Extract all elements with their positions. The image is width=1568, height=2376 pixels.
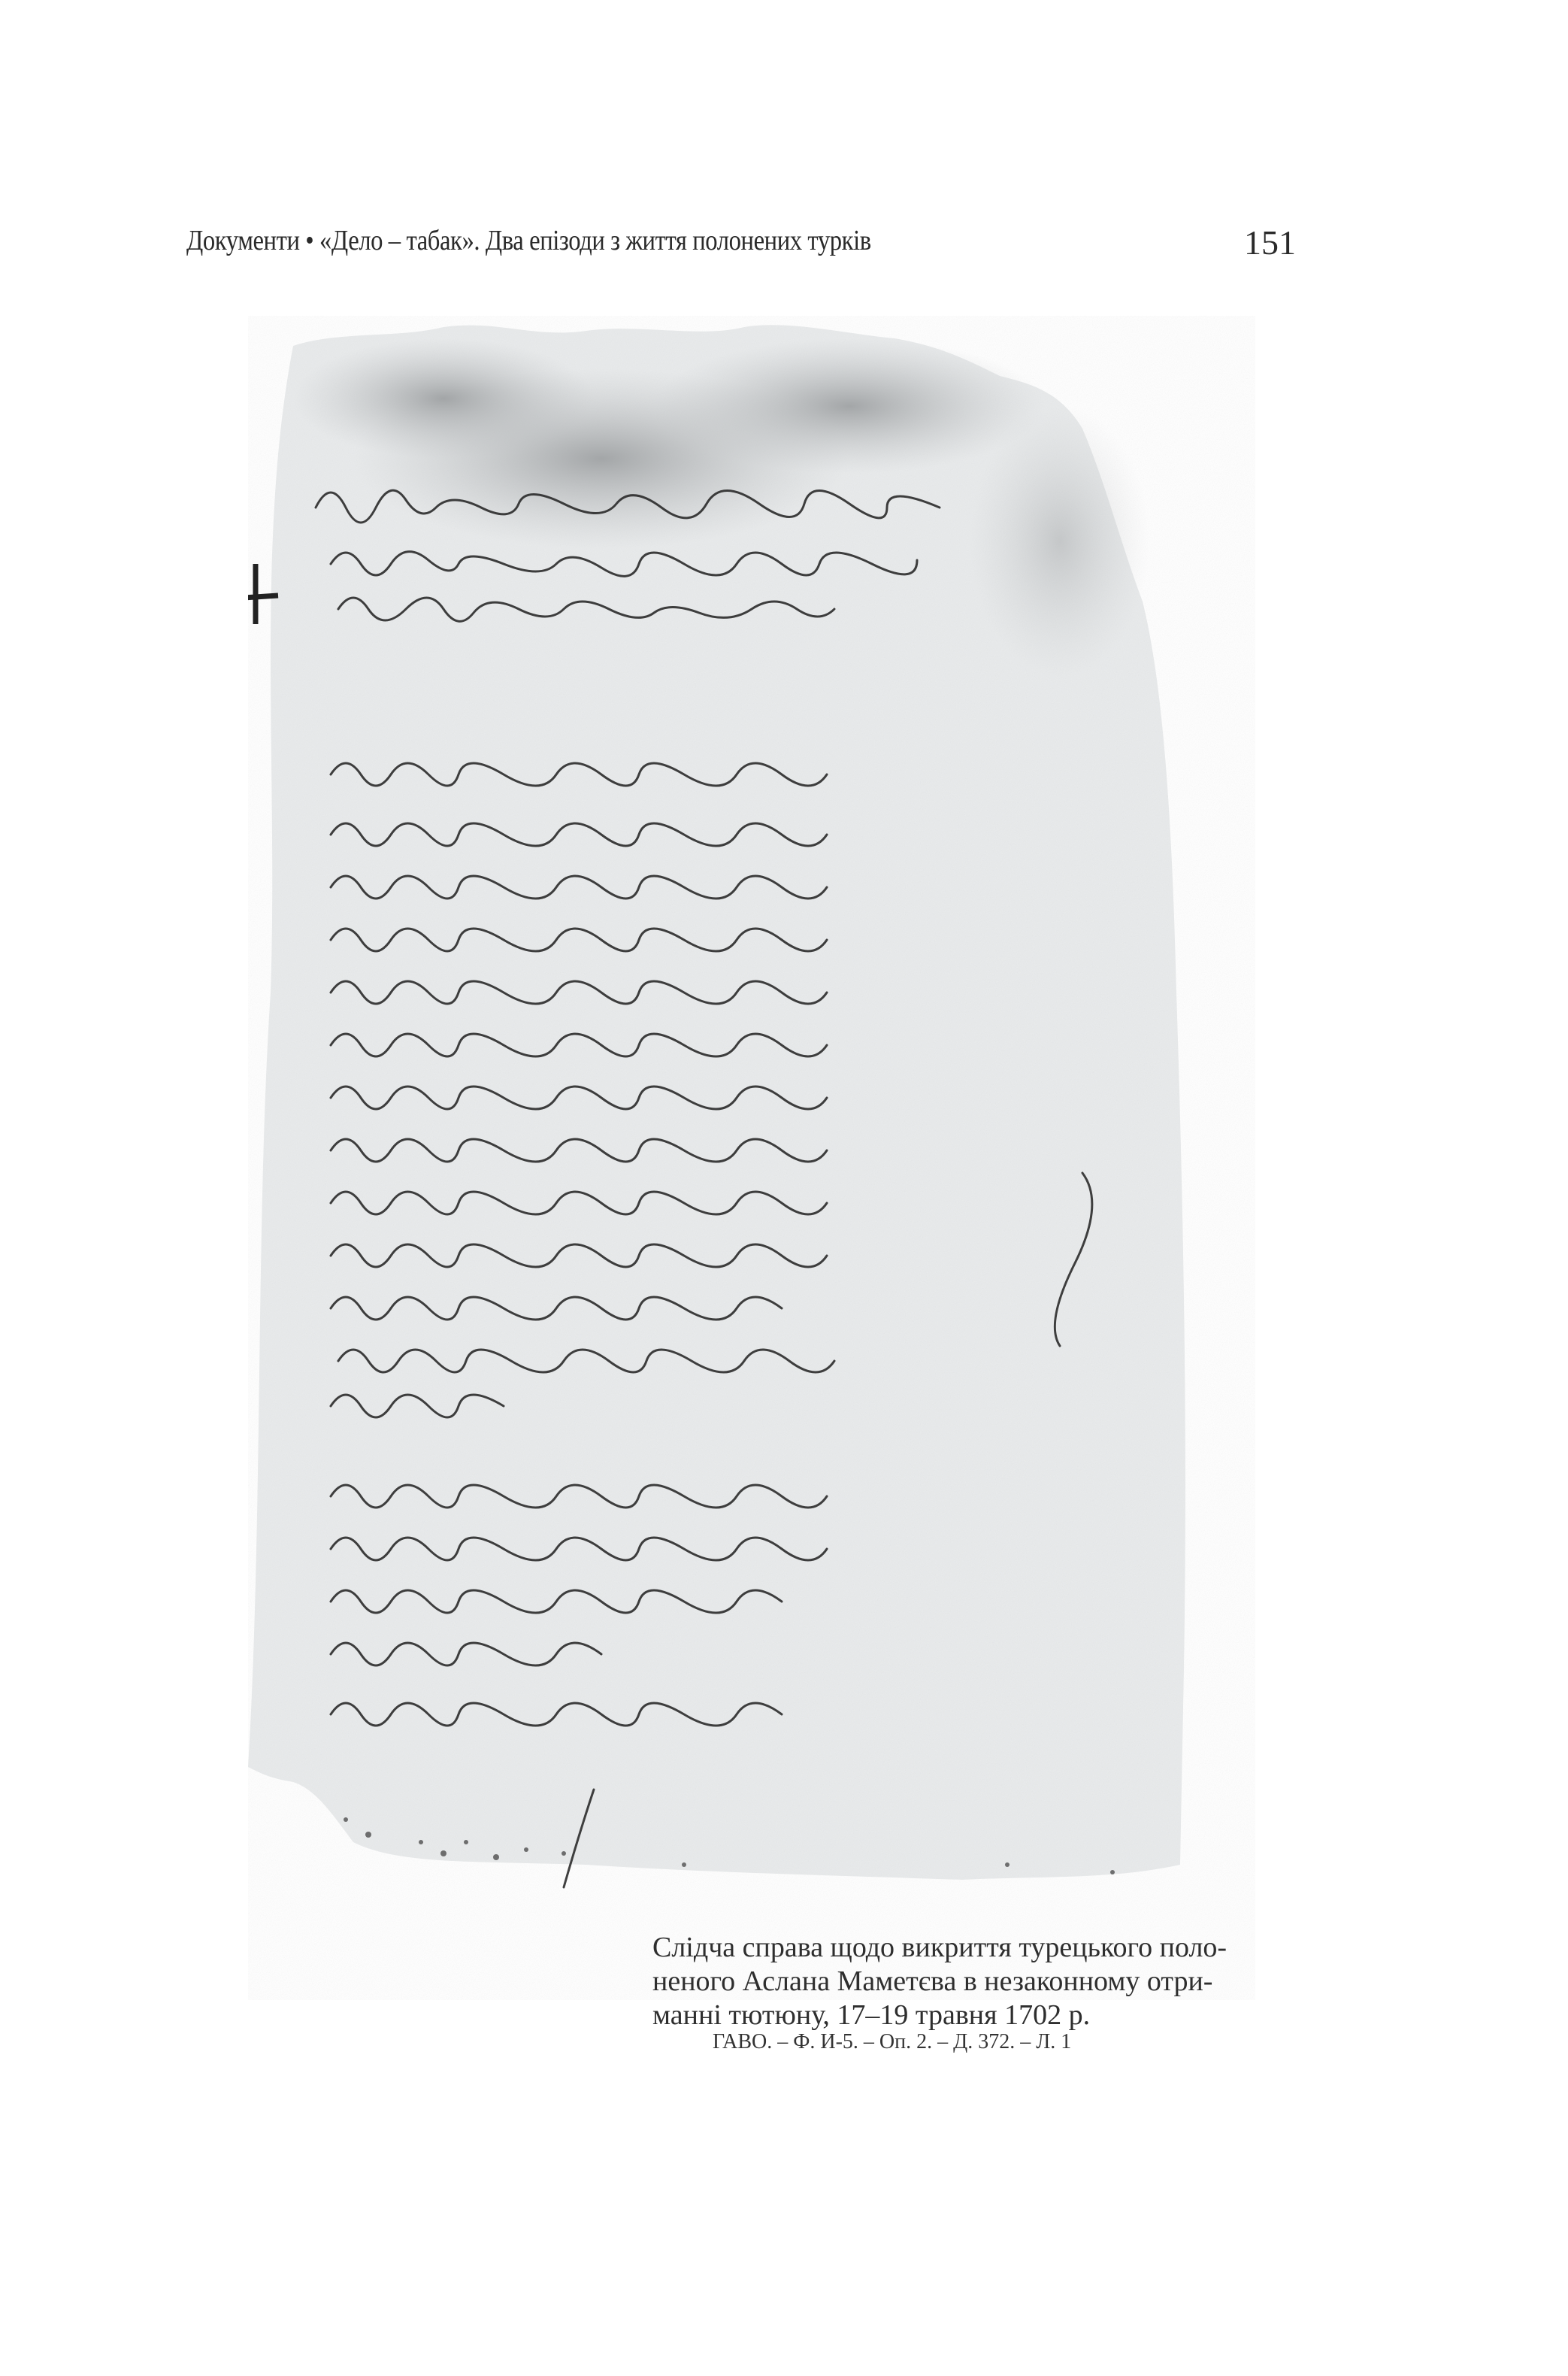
page-number: 151	[1244, 223, 1296, 262]
archive-reference: ГАВО. – Ф. И-5. – Оп. 2. – Д. 372. – Л. …	[713, 2030, 1071, 2054]
running-header: Документи • «Дело – табак». Два епізоди …	[186, 224, 871, 257]
caption-line: неного Аслана Маметєва в незаконному отр…	[652, 1965, 1284, 1999]
caption-line: Слідча справа щодо викриття турецького п…	[652, 1931, 1284, 1965]
caption-line: манні тютюну, 17–19 травня 1702 р.	[652, 1999, 1284, 2032]
manuscript-photo	[248, 316, 1255, 2000]
figure-caption: Слідча справа щодо викриття турецького п…	[652, 1931, 1284, 2032]
manuscript-image	[248, 316, 1255, 2000]
